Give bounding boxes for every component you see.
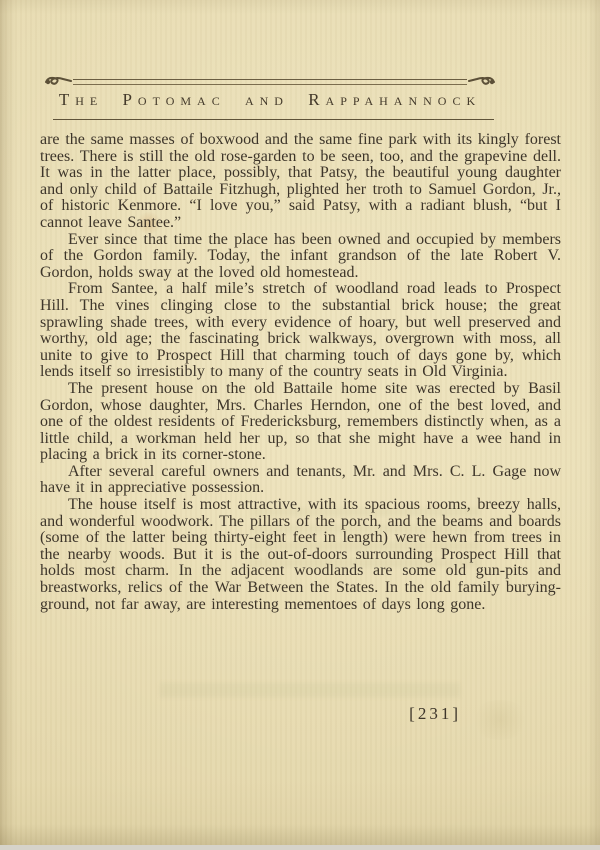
book-page: The Potomac and Rappahannock are the sam… <box>0 0 600 850</box>
body-paragraph: Ever since that time the place has been … <box>40 232 561 282</box>
body-paragraph: The present house on the old Battaile ho… <box>40 381 561 464</box>
header-rule <box>44 75 496 88</box>
show-through-ghost-text <box>160 683 460 697</box>
title-underline-rule <box>53 119 494 120</box>
body-paragraph: From Santee, a half mile’s stretch of wo… <box>40 281 561 381</box>
foxing-stain <box>470 700 530 740</box>
body-paragraph: are the same masses of boxwood and the s… <box>40 132 561 232</box>
scroll-ornament-right-icon <box>468 75 496 88</box>
double-rule-line <box>73 79 467 85</box>
body-paragraph: The house itself is most attractive, wit… <box>40 497 561 613</box>
page-number: [231] <box>409 704 461 724</box>
page-body-text: are the same masses of boxwood and the s… <box>40 132 561 613</box>
body-paragraph: After several careful owners and tenants… <box>40 464 561 497</box>
scroll-ornament-left-icon <box>44 75 72 88</box>
running-head-title: The Potomac and Rappahannock <box>44 90 496 110</box>
scan-edge-strip <box>0 845 600 850</box>
